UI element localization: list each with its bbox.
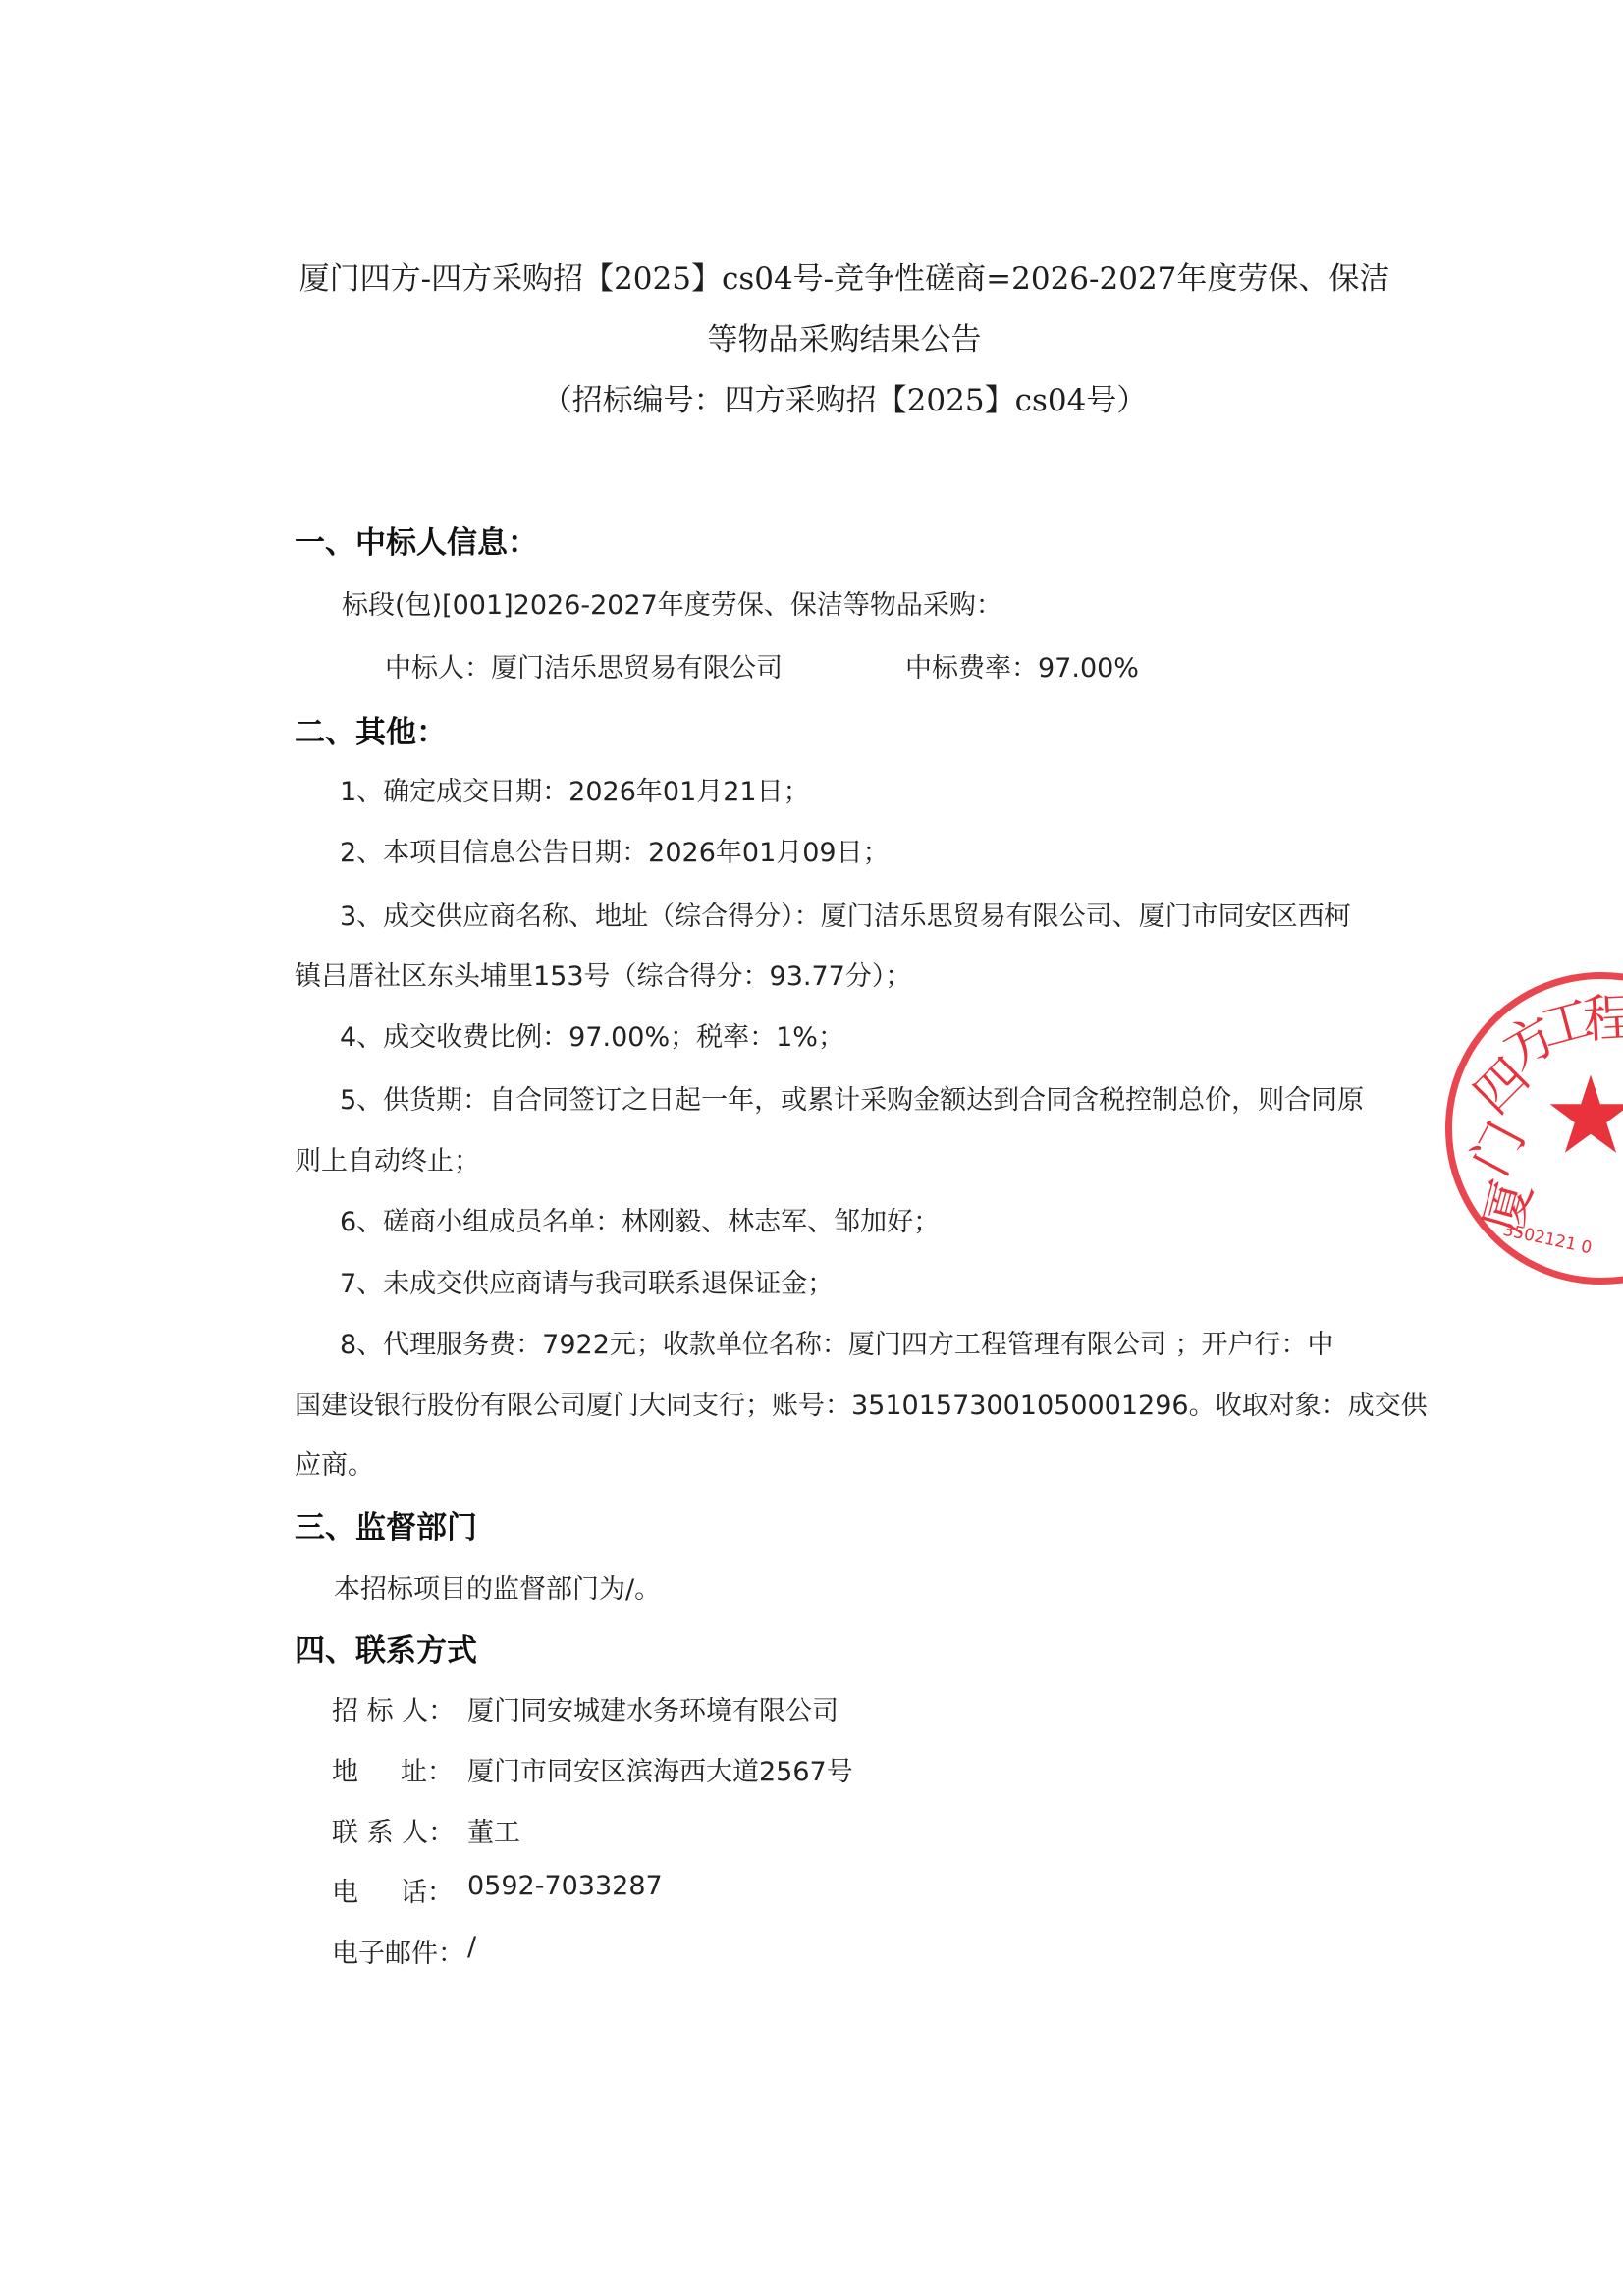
contact-phone-value: 0592-7033287 <box>467 1871 663 1901</box>
winner-name: 中标人：厦门洁乐思贸易有限公司 <box>385 646 783 684</box>
contact-person-label: 联 系 人： <box>332 1811 455 1849</box>
seal-star-icon <box>1546 1070 1623 1159</box>
section-heading-winner-info: 一、中标人信息： <box>295 518 538 562</box>
supervision-text: 本招标项目的监督部门为/。 <box>334 1567 661 1606</box>
section-heading-contact: 四、联系方式 <box>295 1625 477 1669</box>
contact-email-label: 电子邮件： <box>332 1932 464 1970</box>
item-supplier-line-2: 镇吕厝社区东头埔里153号（综合得分：93.77分）； <box>295 955 911 993</box>
section-heading-supervision: 三、监督部门 <box>295 1503 477 1547</box>
seal-char: 程 <box>1581 976 1623 1053</box>
contact-phone-label: 电 话： <box>332 1871 454 1909</box>
winning-rate: 中标费率：97.00% <box>905 646 1139 684</box>
item-supply-period-line-1: 5、供货期：自合同签订之日起一年，或累计采购金额达到合同含税控制总价，则合同原 <box>340 1078 1364 1117</box>
contact-tenderer-label: 招 标 人： <box>332 1689 455 1727</box>
contact-tenderer-value: 厦门同安城建水务环境有限公司 <box>467 1689 839 1727</box>
item-agency-fee-line-1: 8、代理服务费：7922元；收款单位名称：厦门四方工程管理有限公司 ；开户行：中 <box>340 1323 1333 1361</box>
item-deposit-refund: 7、未成交供应商请与我司联系退保证金； <box>340 1262 834 1300</box>
document-title-line-2: 等物品采购结果公告 <box>295 314 1394 358</box>
tender-number: （招标编号：四方采购招【2025】cs04号） <box>295 375 1394 419</box>
item-panel-members: 6、磋商小组成员名单：林刚毅、林志军、邹加好； <box>340 1200 940 1238</box>
contact-address-value: 厦门市同安区滨海西大道2567号 <box>467 1750 853 1788</box>
item-supplier-line-1: 3、成交供应商名称、地址（综合得分）：厦门洁乐思贸易有限公司、厦门市同安区西柯 <box>340 895 1351 933</box>
contact-email-value: / <box>467 1932 476 1962</box>
item-announcement-date: 2、本项目信息公告日期：2026年01月09日； <box>340 831 890 869</box>
item-agency-fee-line-2: 国建设银行股份有限公司厦门大同支行；账号：3510157300105000129… <box>295 1384 1428 1422</box>
document-title-line-1: 厦门四方-四方采购招【2025】cs04号-竞争性磋商=2026-2027年度劳… <box>295 253 1394 298</box>
document-page: 厦门四方-四方采购招【2025】cs04号-竞争性磋商=2026-2027年度劳… <box>0 0 1623 2296</box>
lot-description: 标段(包)[001]2026-2027年度劳保、保洁等物品采购： <box>342 583 1002 622</box>
item-supply-period-line-2: 则上自动终止； <box>295 1139 480 1177</box>
contact-address-label: 地 址： <box>332 1750 454 1788</box>
item-agency-fee-line-3: 应商。 <box>295 1444 374 1482</box>
section-heading-other: 二、其他： <box>295 707 447 751</box>
item-fee-ratio: 4、成交收费比例：97.00%；税率：1%； <box>340 1015 844 1054</box>
contact-person-value: 董工 <box>467 1811 520 1849</box>
item-transaction-date: 1、确定成交日期：2026年01月21日； <box>340 770 810 808</box>
